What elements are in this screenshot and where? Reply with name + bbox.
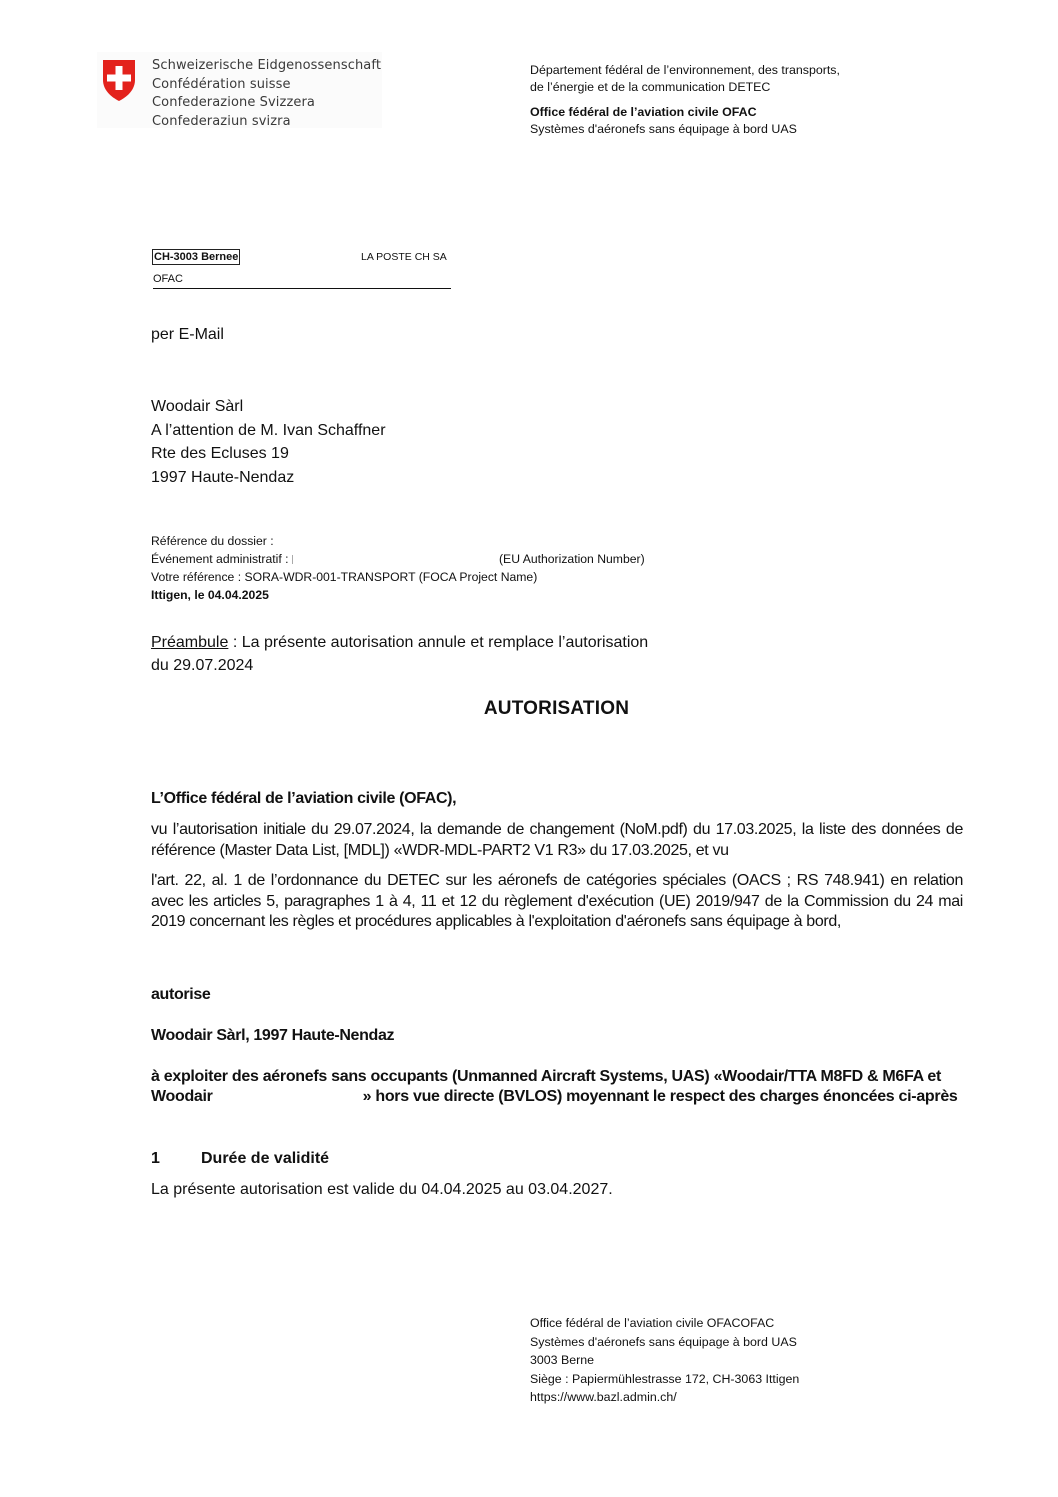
authorization-holder: Woodair Sàrl, 1997 Haute-Nendaz: [151, 1026, 963, 1047]
authorization-scope: à exploiter des aéronefs sans occupants …: [151, 1067, 963, 1107]
your-reference: Votre référence : SORA-WDR-001-TRANSPORT…: [151, 568, 711, 586]
swiss-shield-icon: [101, 58, 137, 102]
department-line-2: de l’énergie et de la communication DETE…: [530, 79, 840, 96]
administrative-event-row: Événement administratif : (EU Authorizat…: [151, 550, 711, 568]
place-date: Ittigen, le 04.04.2025: [151, 588, 269, 602]
redaction-mark: [292, 555, 293, 564]
section-number: 1: [151, 1150, 201, 1168]
preamble-text-line-2: du 29.07.2024: [151, 654, 751, 677]
department-line-1: Département fédéral de l’environnement, …: [530, 62, 840, 79]
recipient-street: Rte des Ecluses 19: [151, 442, 386, 466]
confederation-name-de: Schweizerische Eidgenossenschaft: [152, 57, 381, 76]
preamble-text: : La présente autorisation annule et rem…: [228, 634, 648, 651]
section-title: Durée de validité: [201, 1150, 329, 1167]
preamble-label: Préambule: [151, 634, 228, 651]
footer-website-link[interactable]: https://www.bazl.admin.ch/: [530, 1388, 799, 1407]
footer-line-seat: Siège : Papiermühlestrasse 172, CH-3063 …: [530, 1370, 799, 1389]
recipient-company: Woodair Sàrl: [151, 395, 386, 419]
confederation-name-it: Confederazione Svizzera: [152, 94, 381, 113]
recipient-address: Woodair Sàrl A l’attention de M. Ivan Sc…: [151, 395, 386, 489]
office-name: Office fédéral de l’aviation civile OFAC: [530, 105, 757, 119]
recital-paragraph-1: vu l’autorisation initiale du 29.07.2024…: [151, 820, 963, 861]
office-division: Systèmes d'aéronefs sans équipage à bord…: [530, 121, 840, 138]
postage-sender: OFAC: [153, 273, 451, 289]
footer-line-office: Office fédéral de l’aviation civile OFAC…: [530, 1314, 799, 1333]
confederation-names: Schweizerische Eidgenossenschaft Confédé…: [152, 57, 381, 131]
preamble: Préambule : La présente autorisation ann…: [151, 631, 751, 677]
footer-address: Office fédéral de l’aviation civile OFAC…: [530, 1314, 799, 1407]
section-heading: 1Durée de validité: [151, 1150, 329, 1168]
authorization-verb: autorise: [151, 985, 963, 1006]
postage-carrier: LA POSTE CH SA: [361, 251, 447, 263]
postage-line: CH-3003 Bernee LA POSTE CH SA: [151, 249, 451, 266]
authority-heading: L’Office fédéral de l’aviation civile (O…: [151, 789, 963, 810]
delivery-method: per E-Mail: [151, 326, 224, 344]
department-block: Département fédéral de l’environnement, …: [530, 62, 840, 137]
scope-text-2: » hors vue directe (BVLOS) moyennant le …: [363, 1088, 958, 1105]
recipient-city: 1997 Haute-Nendaz: [151, 466, 386, 490]
dossier-reference: Référence du dossier :: [151, 532, 711, 550]
recital-paragraph-2: l'art. 22, al. 1 de l’ordonnance du DETE…: [151, 871, 963, 933]
postage-stamp: CH-3003 Bernee: [152, 249, 240, 265]
footer-line-city: 3003 Berne: [530, 1351, 799, 1370]
recipient-attention: A l’attention de M. Ivan Schaffner: [151, 419, 386, 443]
confederation-name-fr: Confédération suisse: [152, 76, 381, 95]
document-title: AUTORISATION: [0, 698, 1058, 720]
confederation-name-rm: Confederaziun svizra: [152, 113, 381, 132]
section-text: La présente autorisation est valide du 0…: [151, 1181, 613, 1199]
eu-authorization-note: (EU Authorization Number): [499, 550, 645, 568]
footer-line-division: Systèmes d'aéronefs sans équipage à bord…: [530, 1333, 799, 1352]
references-block: Référence du dossier : Événement adminis…: [151, 532, 711, 604]
administrative-event-label: Événement administratif :: [151, 552, 289, 566]
